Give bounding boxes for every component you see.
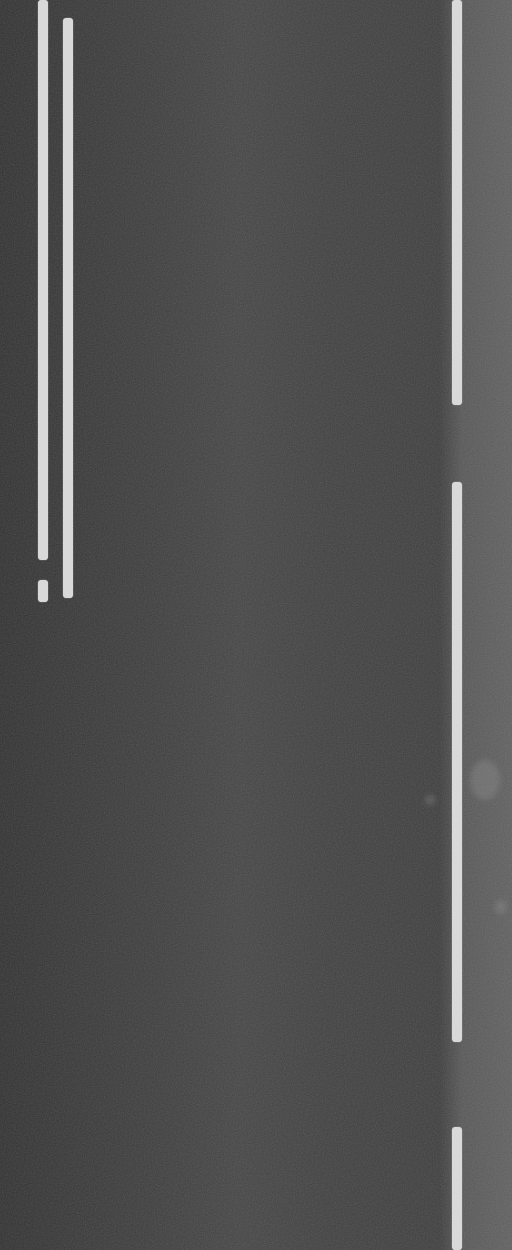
right-dash-3 [452,1127,462,1250]
asphalt-texture [0,0,512,1250]
left-line-inner [63,18,73,598]
road-scene [0,0,512,1250]
shoulder-stain [495,900,507,914]
left-line-outer [38,0,48,560]
shoulder-stain [425,795,435,805]
right-dash-1 [452,0,462,405]
right-dash-2 [452,482,462,1042]
shoulder-stain [470,760,500,800]
left-line-outer-stub [38,580,48,602]
